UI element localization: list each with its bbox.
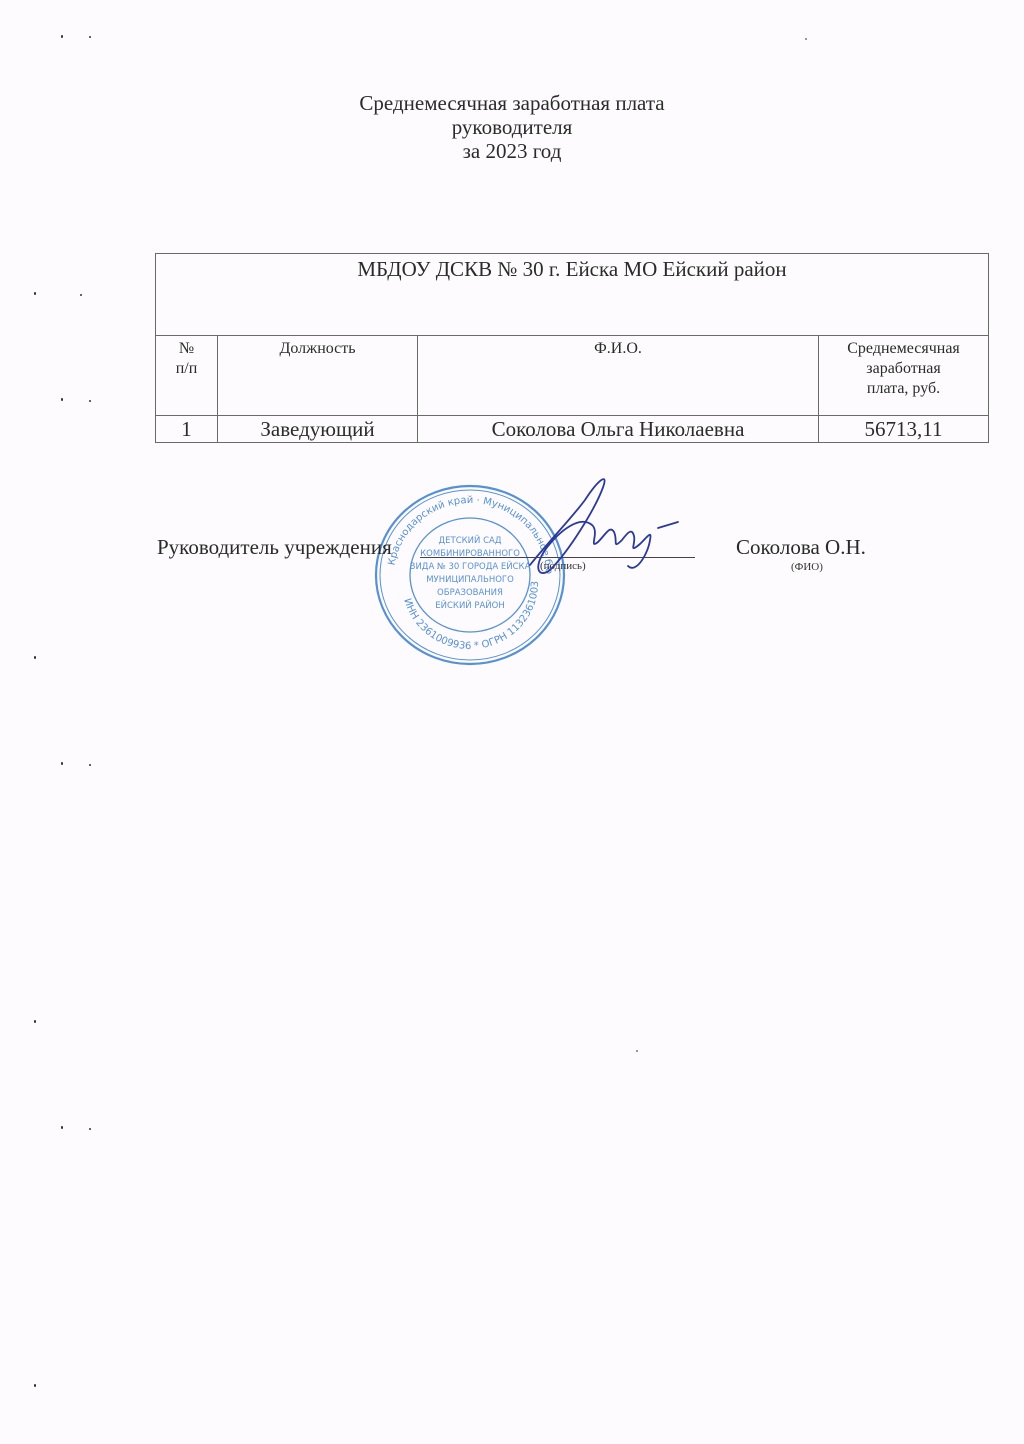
stamp-center-line: ОБРАЗОВАНИЯ [437,588,503,598]
table-row: 1 Заведующий Соколова Ольга Николаевна 5… [156,416,989,443]
cell-full-name: Соколова Ольга Николаевна [418,416,819,443]
title-line-2: руководителя [0,115,1024,139]
scan-speck [34,1384,36,1387]
header-text: заработная [819,359,988,379]
scan-speck [34,656,36,659]
scan-speck [89,764,91,766]
scan-speck [34,1020,36,1023]
signer-name: Соколова О.Н. [736,535,866,559]
salary-table: МБДОУ ДСКВ № 30 г. Ейска МО Ейский район… [155,253,989,443]
scan-speck [34,292,36,295]
cell-position: Заведующий [218,416,418,443]
signer-role-label: Руководитель учреждения [157,535,392,559]
stamp-center-line: МУНИЦИПАЛЬНОГО [426,575,514,585]
stamp-center-line: ДЕТСКИЙ САД [439,534,502,546]
header-text: Ф.И.О. [418,339,818,359]
scan-speck [805,38,807,40]
scan-speck [61,35,63,38]
scan-speck [89,400,91,402]
stamp-center-line: ЕЙСКИЙ РАЙОН [435,599,505,611]
scan-speck [89,1128,91,1130]
column-header-full-name: Ф.И.О. [418,336,819,416]
handwritten-signature-icon [510,470,680,580]
scan-speck [89,36,91,38]
scan-speck [61,398,63,401]
column-header-salary: Среднемесячная заработная плата, руб. [819,336,989,416]
cell-salary: 56713,11 [819,416,989,443]
header-text: № [156,339,217,359]
header-row: № п/п Должность Ф.И.О. Среднемесячная за… [156,336,989,416]
column-header-number: № п/п [156,336,218,416]
signer-name-caption: (ФИО) [791,561,823,574]
document-title: Среднемесячная заработная плата руководи… [0,91,1024,163]
header-text: п/п [156,359,217,379]
organization-row: МБДОУ ДСКВ № 30 г. Ейска МО Ейский район [156,254,989,336]
scan-speck [61,762,63,765]
title-line-1: Среднемесячная заработная плата [0,91,1024,115]
cell-number: 1 [156,416,218,443]
scan-speck [80,294,82,296]
organization-name: МБДОУ ДСКВ № 30 г. Ейска МО Ейский район [156,254,989,336]
header-text: Должность [218,339,417,359]
header-text: плата, руб. [819,379,988,399]
scan-speck [636,1050,638,1052]
header-text: Среднемесячная [819,339,988,359]
scan-speck [61,1126,63,1129]
title-line-3: за 2023 год [0,139,1024,163]
column-header-position: Должность [218,336,418,416]
